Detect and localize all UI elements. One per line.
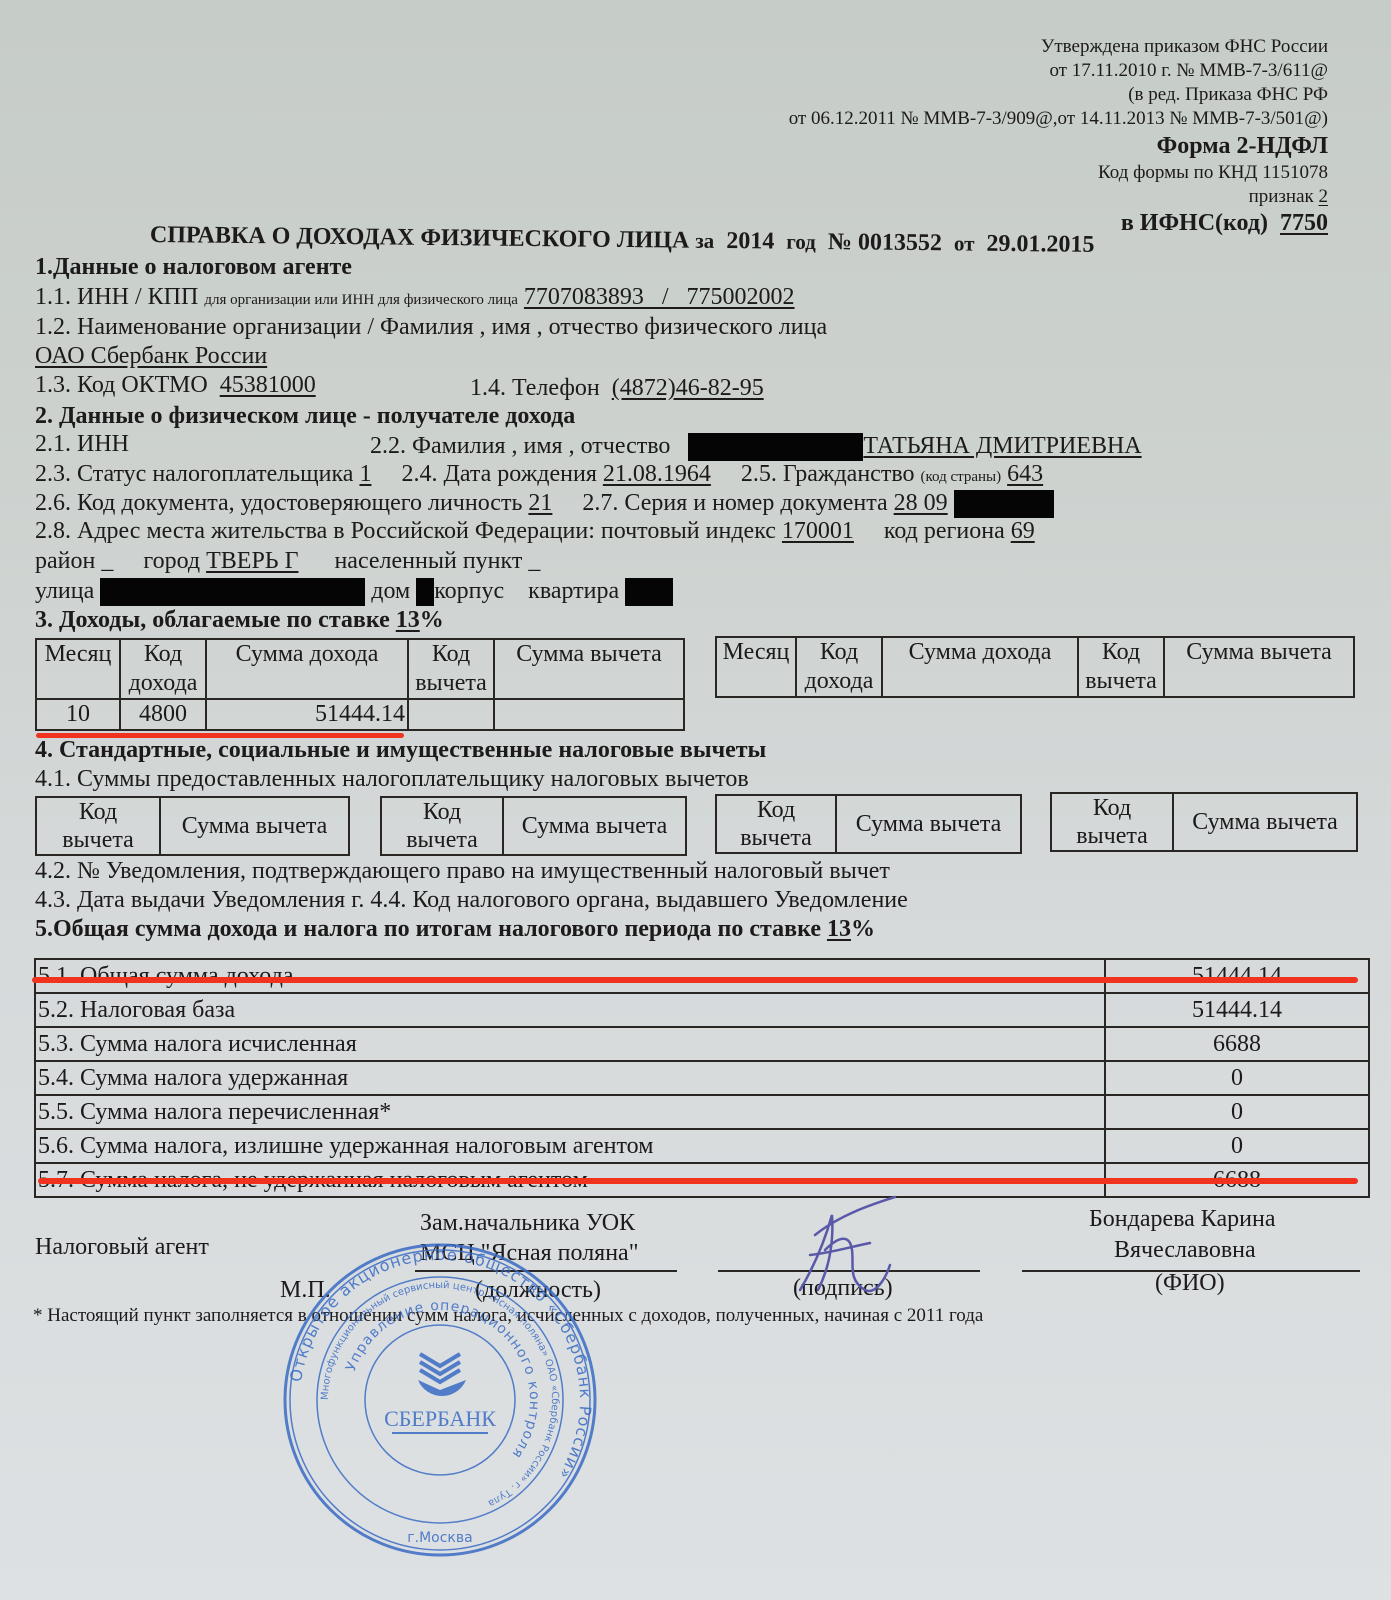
deduction-table-1: Кодвычета Сумма вычета bbox=[35, 796, 350, 856]
section5-heading-text: 5.Общая сумма дохода и налога по итогам … bbox=[35, 916, 821, 942]
knd-code: Код формы по КНД 1151078 bbox=[789, 161, 1328, 185]
citizenship-note: (код страны) bbox=[921, 469, 1002, 485]
sign-label: признак bbox=[1249, 186, 1314, 207]
inn-kpp-value: 7707083893 / 775002002 bbox=[524, 284, 795, 310]
col-deduction-code-r-l2: вычета bbox=[1085, 668, 1157, 694]
cell-income-sum: 51444.14 bbox=[206, 699, 408, 730]
doc-code-value: 21 bbox=[528, 490, 552, 516]
deduction-code-3-l1: Код bbox=[757, 797, 795, 823]
col-deduction-code-r: Кодвычета bbox=[1078, 637, 1164, 697]
deduction-table-2: Кодвычета Сумма вычета bbox=[380, 796, 687, 856]
district-label: район bbox=[35, 548, 95, 574]
col-month-r: Месяц bbox=[716, 637, 796, 697]
deduction-code-col-3: Кодвычета bbox=[716, 795, 836, 853]
fio-label: 2.2. Фамилия , имя , отчество bbox=[370, 433, 670, 459]
deduction-code-4-l2: вычета bbox=[1076, 823, 1148, 849]
section3-heading: 3. Доходы, облагаемые по ставке 13% bbox=[35, 607, 444, 634]
totals-table: 5.1. Общая сумма дохода51444.145.2. Нало… bbox=[34, 958, 1370, 1198]
address-row: 2.8. Адрес места жительства в Российской… bbox=[35, 518, 1035, 545]
section4-2-label: 4.2. № Уведомления, подтверждающего прав… bbox=[35, 858, 890, 885]
sign-value: 2 bbox=[1319, 186, 1329, 207]
section5-rate: 13 bbox=[827, 916, 851, 942]
section3-heading-text: 3. Доходы, облагаемые по ставке bbox=[35, 607, 390, 633]
signer-fio-line-1: Бондарева Карина bbox=[1089, 1206, 1276, 1233]
deduction-sum-col-4: Сумма вычета bbox=[1173, 793, 1357, 851]
col-deduction-sum-text: Сумма вычета bbox=[516, 641, 662, 667]
approval-line-3: (в ред. Приказа ФНС РФ bbox=[789, 83, 1328, 107]
col-income-code-line1: Код bbox=[144, 641, 182, 667]
certificate-date: 29.01.2015 bbox=[986, 231, 1094, 258]
income-table-right: Месяц Коддохода Сумма дохода Кодвычета С… bbox=[715, 636, 1355, 698]
birth-label: 2.4. Дата рождения bbox=[401, 461, 596, 487]
house-label: дом bbox=[371, 578, 410, 604]
doc-num-value: 28 09 bbox=[894, 490, 948, 516]
document-row: 2.6. Код документа, удостоверяющего личн… bbox=[35, 490, 1054, 518]
totals-row: 5.3. Сумма налога исчисленная6688 bbox=[35, 1027, 1369, 1061]
title-year-label: за bbox=[695, 229, 714, 253]
title-date-label: от bbox=[954, 231, 975, 255]
approval-note: Утверждена приказом ФНС России от 17.11.… bbox=[789, 35, 1328, 237]
section5-percent: % bbox=[851, 916, 875, 942]
sign-field: признак 2 bbox=[789, 185, 1328, 209]
recipient-fio-field: 2.2. Фамилия , имя , отчество ТАТЬЯНА ДМ… bbox=[370, 433, 1142, 461]
totals-row: 5.1. Общая сумма дохода51444.14 bbox=[35, 959, 1369, 993]
fio-value: ТАТЬЯНА ДМИТРИЕВНА bbox=[863, 433, 1141, 459]
col-income-sum-r-text: Сумма дохода bbox=[909, 639, 1052, 665]
totals-row: 5.4. Сумма налога удержанная0 bbox=[35, 1061, 1369, 1095]
deduction-code-l2: вычета bbox=[62, 827, 134, 853]
status-label: 2.3. Статус налогоплательщика bbox=[35, 461, 353, 487]
city-label: город bbox=[143, 548, 200, 574]
totals-row: 5.6. Сумма налога, излишне удержанная на… bbox=[35, 1129, 1369, 1163]
redacted-flat bbox=[625, 578, 673, 606]
doc-code-label: 2.6. Код документа, удостоверяющего личн… bbox=[35, 490, 522, 516]
col-income-sum-text: Сумма дохода bbox=[236, 641, 379, 667]
building-label: корпус bbox=[434, 578, 504, 604]
street-label: улица bbox=[35, 578, 94, 604]
signature-scribble-icon bbox=[770, 1195, 920, 1305]
title-year-suffix: год bbox=[786, 230, 816, 254]
birth-value: 21.08.1964 bbox=[603, 461, 711, 487]
ifns-value: 7750 bbox=[1280, 210, 1328, 236]
income-table: Месяц Коддохода Сумма дохода Кодвычета С… bbox=[35, 638, 685, 731]
col-deduction-code-r-l1: Код bbox=[1102, 639, 1140, 665]
section4-heading: 4. Стандартные, социальные и имущественн… bbox=[35, 737, 766, 764]
totals-label: 5.2. Налоговая база bbox=[35, 993, 1105, 1027]
region-label: код региона bbox=[884, 518, 1005, 544]
red-marker-tax-not-withheld bbox=[38, 1178, 1358, 1184]
deduction-table-4-header: Кодвычета Сумма вычета bbox=[1051, 793, 1357, 851]
totals-value: 0 bbox=[1105, 1061, 1369, 1095]
col-deduction-sum-r: Сумма вычета bbox=[1164, 637, 1354, 697]
inn-kpp-field: 1.1. ИНН / КПП для организации или ИНН д… bbox=[35, 284, 795, 311]
status-value: 1 bbox=[359, 461, 371, 487]
col-income-code-line2: дохода bbox=[129, 670, 198, 696]
deduction-code-col-4: Кодвычета bbox=[1051, 793, 1173, 851]
district-value: _ bbox=[101, 548, 113, 574]
status-row: 2.3. Статус налогоплательщика 1 2.4. Дат… bbox=[35, 461, 1043, 488]
svg-text:СБЕРБАНК: СБЕРБАНК bbox=[384, 1406, 496, 1431]
title-year: 2014 bbox=[726, 228, 774, 255]
deduction-code-2-l2: вычета bbox=[406, 827, 478, 853]
deduction-code-l1: Код bbox=[79, 799, 117, 825]
locality-label: населенный пункт bbox=[334, 548, 522, 574]
totals-value: 0 bbox=[1105, 1129, 1369, 1163]
section3-percent: % bbox=[420, 607, 444, 633]
col-month-text: Месяц bbox=[45, 641, 112, 667]
region-value: 69 bbox=[1011, 518, 1035, 544]
citizenship-value: 643 bbox=[1007, 461, 1043, 487]
deduction-table-3: Кодвычета Сумма вычета bbox=[715, 794, 1022, 854]
totals-label: 5.5. Сумма налога перечисленная* bbox=[35, 1095, 1105, 1129]
deduction-code-col-2: Кодвычета bbox=[381, 797, 503, 855]
cell-income-code: 4800 bbox=[120, 699, 206, 730]
col-income-code: Коддохода bbox=[120, 639, 206, 699]
street-row: улица дом корпус квартира bbox=[35, 578, 673, 606]
income-table-right-header: Месяц Коддохода Сумма дохода Кодвычета С… bbox=[716, 637, 1354, 697]
redacted-house bbox=[416, 578, 434, 606]
redacted-street bbox=[100, 578, 365, 606]
deduction-table-1-header: Кодвычета Сумма вычета bbox=[36, 797, 349, 855]
phone-label: 1.4. Телефон bbox=[470, 375, 600, 401]
deduction-code-3-l2: вычета bbox=[740, 825, 812, 851]
totals-label: 5.4. Сумма налога удержанная bbox=[35, 1061, 1105, 1095]
certificate-number: 0013552 bbox=[858, 229, 942, 256]
org-name-value: ОАО Сбербанк России bbox=[35, 343, 267, 370]
oktmo-value: 45381000 bbox=[220, 372, 316, 398]
position-line-1: Зам.начальника УОК bbox=[420, 1210, 635, 1237]
oktmo-label: 1.3. Код ОКТМО bbox=[35, 372, 208, 398]
approval-line-2: от 17.11.2010 г. № ММВ-7-3/611@ bbox=[789, 59, 1328, 83]
phone-value: (4872)46-82-95 bbox=[612, 375, 764, 401]
deduction-code-col: Кодвычета bbox=[36, 797, 160, 855]
totals-row: 5.5. Сумма налога перечисленная*0 bbox=[35, 1095, 1369, 1129]
col-income-code-r: Коддохода bbox=[796, 637, 882, 697]
col-deduction-sum-r-text: Сумма вычета bbox=[1186, 639, 1332, 665]
section5-heading: 5.Общая сумма дохода и налога по итогам … bbox=[35, 916, 875, 943]
totals-label: 5.3. Сумма налога исчисленная bbox=[35, 1027, 1105, 1061]
inn-kpp-label: 1.1. ИНН / КПП bbox=[35, 284, 198, 310]
totals-value: 51444.14 bbox=[1105, 959, 1369, 993]
totals-value: 6688 bbox=[1105, 1027, 1369, 1061]
deduction-code-2-l1: Код bbox=[423, 799, 461, 825]
col-income-sum-r: Сумма дохода bbox=[882, 637, 1078, 697]
section4-1-label: 4.1. Суммы предоставленных налогоплатель… bbox=[35, 766, 749, 793]
redacted-doc-number bbox=[954, 490, 1054, 518]
inn-kpp-note: для организации или ИНН для физического … bbox=[204, 292, 518, 308]
city-value: ТВЕРЬ Г bbox=[206, 548, 298, 574]
bank-stamp-icon: Открытое акционерное общество «Сбербанк … bbox=[280, 1240, 600, 1560]
title-number-label: № bbox=[828, 229, 852, 255]
section4-3-label: 4.3. Дата выдачи Уведомления г. 4.4. Код… bbox=[35, 887, 908, 914]
col-income-code-r-l1: Код bbox=[820, 639, 858, 665]
flat-label: квартира bbox=[528, 578, 619, 604]
recipient-inn-label: 2.1. ИНН bbox=[35, 431, 129, 458]
section1-heading: 1.Данные о налоговом агенте bbox=[35, 254, 352, 281]
postcode-value: 170001 bbox=[782, 518, 854, 544]
deduction-sum-col-3: Сумма вычета bbox=[836, 795, 1021, 853]
org-name-label: 1.2. Наименование организации / Фамилия … bbox=[35, 314, 827, 341]
col-deduction-code-line2: вычета bbox=[415, 670, 487, 696]
approval-line-4: от 06.12.2011 № ММВ-7-3/909@,от 14.11.20… bbox=[789, 107, 1328, 131]
redacted-surname bbox=[688, 433, 863, 461]
tax-agent-label: Налоговый агент bbox=[35, 1234, 209, 1261]
title-text: СПРАВКА О ДОХОДАХ ФИЗИЧЕСКОГО ЛИЦА bbox=[150, 222, 690, 254]
doc-num-label: 2.7. Серия и номер документа bbox=[582, 490, 887, 516]
phone-field: 1.4. Телефон (4872)46-82-95 bbox=[470, 375, 764, 402]
section2-heading: 2. Данные о физическом лице - получателе… bbox=[35, 403, 575, 430]
deduction-sum-col: Сумма вычета bbox=[160, 797, 349, 855]
deduction-table-4: Кодвычета Сумма вычета bbox=[1050, 792, 1358, 852]
locality-value: _ bbox=[528, 548, 540, 574]
deduction-table-2-header: Кодвычета Сумма вычета bbox=[381, 797, 686, 855]
col-income-sum: Сумма дохода bbox=[206, 639, 408, 699]
ifns-label: в ИФНС(код) bbox=[1121, 210, 1268, 236]
totals-row: 5.2. Налоговая база51444.14 bbox=[35, 993, 1369, 1027]
income-table-row: 10 4800 51444.14 bbox=[36, 699, 684, 730]
totals-label: 5.1. Общая сумма дохода bbox=[35, 959, 1105, 993]
signer-fio-line-2: Вячеславовна bbox=[1114, 1237, 1256, 1264]
col-income-code-r-l2: дохода bbox=[805, 668, 874, 694]
svg-text:г.Москва: г.Москва bbox=[407, 1530, 472, 1546]
cell-month: 10 bbox=[36, 699, 120, 730]
form-name: Форма 2-НДФЛ bbox=[789, 131, 1328, 161]
red-marker-total-income bbox=[32, 977, 1358, 983]
totals-label: 5.6. Сумма налога, излишне удержанная на… bbox=[35, 1129, 1105, 1163]
approval-line-1: Утверждена приказом ФНС России bbox=[789, 35, 1328, 59]
col-month-r-text: Месяц bbox=[723, 639, 790, 665]
col-deduction-sum: Сумма вычета bbox=[494, 639, 684, 699]
section3-rate: 13 bbox=[396, 607, 420, 633]
deduction-code-4-l1: Код bbox=[1093, 795, 1131, 821]
address-label: 2.8. Адрес места жительства в Российской… bbox=[35, 518, 776, 544]
deduction-sum-col-2: Сумма вычета bbox=[503, 797, 686, 855]
totals-value: 51444.14 bbox=[1105, 993, 1369, 1027]
col-deduction-code: Кодвычета bbox=[408, 639, 494, 699]
income-table-header: Месяц Коддохода Сумма дохода Кодвычета С… bbox=[36, 639, 684, 699]
fio-caption: (ФИО) bbox=[1155, 1270, 1225, 1297]
deduction-table-3-header: Кодвычета Сумма вычета bbox=[716, 795, 1021, 853]
cell-deduction-sum bbox=[494, 699, 684, 730]
totals-value: 0 bbox=[1105, 1095, 1369, 1129]
oktmo-field: 1.3. Код ОКТМО 45381000 bbox=[35, 372, 316, 399]
col-month: Месяц bbox=[36, 639, 120, 699]
cell-deduction-code bbox=[408, 699, 494, 730]
col-deduction-code-line1: Код bbox=[432, 641, 470, 667]
city-row: район _ город ТВЕРЬ Г населенный пункт _ bbox=[35, 548, 540, 575]
citizenship-label: 2.5. Гражданство bbox=[741, 461, 915, 487]
